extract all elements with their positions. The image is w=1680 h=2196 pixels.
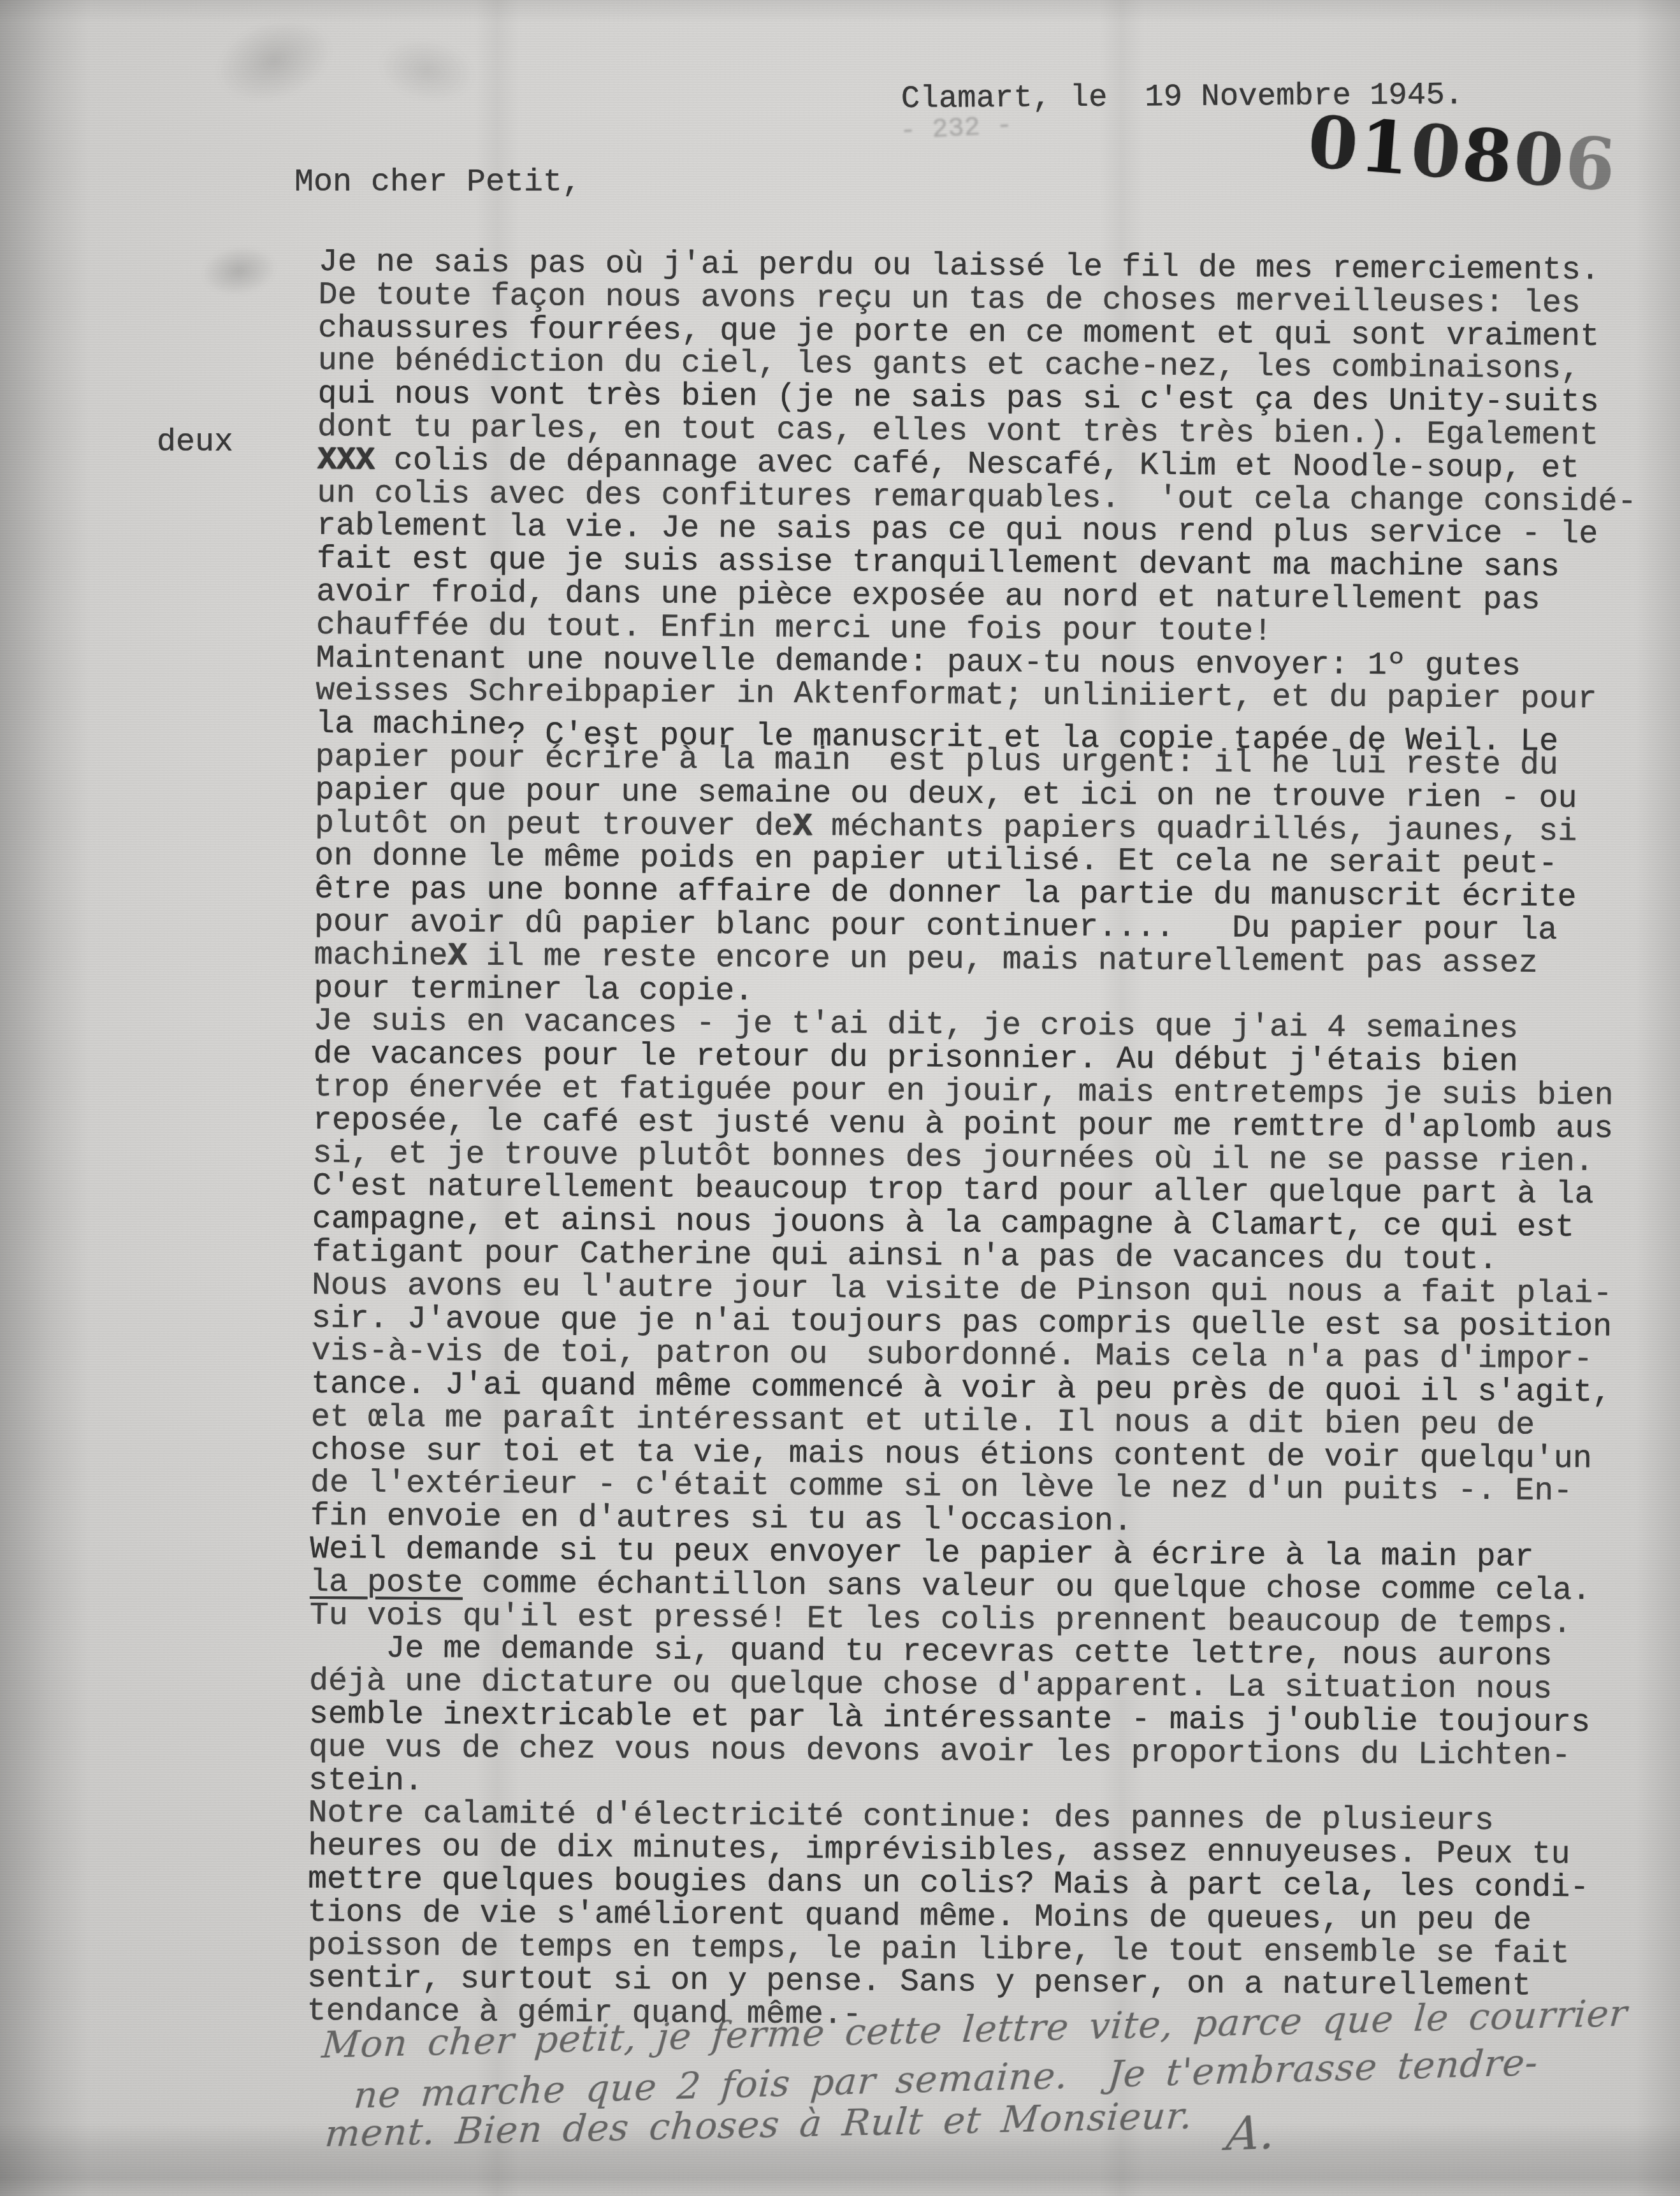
- struck-over-text: X: [447, 938, 467, 974]
- underlined-text: la poste: [310, 1564, 463, 1602]
- typed-text: la machine: [315, 706, 507, 744]
- struck-over-text: X: [793, 809, 812, 845]
- letter-body: Je ne sais pas où j'ai perdu ou laissé l…: [307, 246, 1651, 2037]
- typed-text: machine: [314, 937, 447, 974]
- margin-note: deux: [157, 424, 233, 461]
- handwritten-signature: A.: [1224, 2105, 1279, 2160]
- stamp-digit: 0: [1510, 117, 1568, 204]
- scan-edge-shadow-left: [0, 0, 89, 2196]
- typed-line: que vus de chez vous nous devons avoir l…: [308, 1731, 1640, 1773]
- pencil-smudge: [180, 229, 298, 314]
- typed-text: ? C'est pour le manuscrit et la copie ta…: [507, 717, 1559, 760]
- struck-over-text: XXX: [317, 442, 375, 479]
- stamp-digit: 1: [1356, 104, 1414, 191]
- stamp-number: 010806: [1305, 106, 1619, 203]
- stamp-digit: 0: [1305, 100, 1363, 187]
- stamp-digit: 8: [1459, 112, 1517, 199]
- scanned-letter-page: Clamart, le 19 Novembre 1945. - 232 - 01…: [0, 0, 1680, 2196]
- stamp-digit: 6: [1562, 120, 1620, 208]
- faint-page-number-mark: - 232 -: [899, 110, 1013, 147]
- salutation: Mon cher Petit,: [294, 164, 581, 201]
- stamp-digit: 0: [1408, 108, 1466, 196]
